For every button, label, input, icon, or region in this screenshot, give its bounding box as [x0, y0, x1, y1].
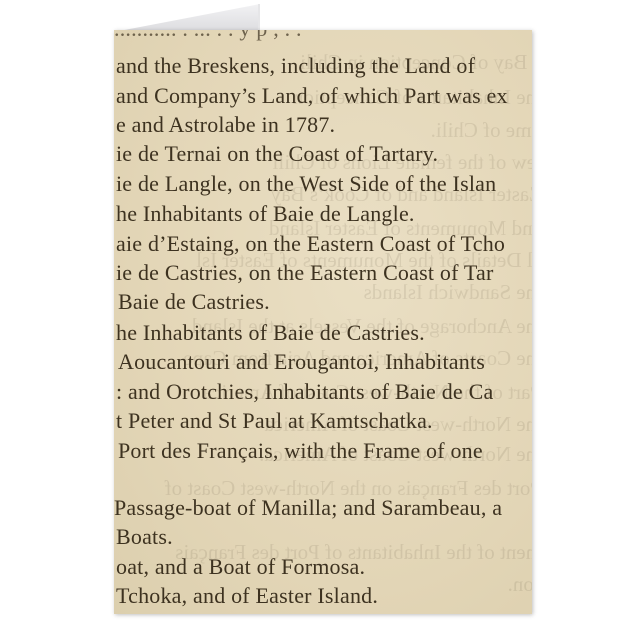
text-line: Boats. — [116, 524, 173, 550]
text-line: ie de Castries, on the Eastern Coast of … — [116, 260, 494, 286]
text-line: and Company’s Land, of which Part was ex — [116, 83, 508, 109]
text-line: oat, and a Boat of Formosa. — [116, 554, 365, 580]
text-line: t Peter and St Paul at Kamtschatka. — [116, 408, 433, 434]
text-line: aie d’Estaing, on the Eastern Coast of T… — [116, 231, 505, 257]
text-line: Aoucantouri and Erougantoi, Inhabitants — [118, 349, 485, 375]
text-line: Port des Français, with the Frame of one — [118, 438, 483, 464]
text-line: ie de Langle, on the West Side of the Is… — [116, 171, 496, 197]
text-line: e and Astrolabe in 1787. — [116, 112, 335, 138]
greeting-card-page: e Bay of Conception in Chilithe Inhabita… — [114, 30, 532, 614]
text-line: Baie de Castries. — [118, 289, 270, 315]
card-back-flap — [114, 4, 260, 32]
text-line: and the Breskens, including the Land of — [116, 53, 475, 79]
text-line: ie de Ternai on the Coast of Tartary. — [116, 141, 438, 167]
document-text-lines: and the Breskens, including the Land ofa… — [114, 30, 532, 614]
text-line: : and Orotchies, Inhabitants of Baie de … — [116, 379, 493, 405]
text-line: he Inhabitants of Baie de Castries. — [116, 320, 425, 346]
text-line: Tchoka, and of Easter Island. — [116, 583, 378, 609]
text-line: Passage-boat of Manilla; and Sarambeau, … — [114, 495, 502, 521]
card-fold-edge — [258, 4, 260, 32]
text-line: he Inhabitants of Baie de Langle. — [116, 201, 415, 227]
